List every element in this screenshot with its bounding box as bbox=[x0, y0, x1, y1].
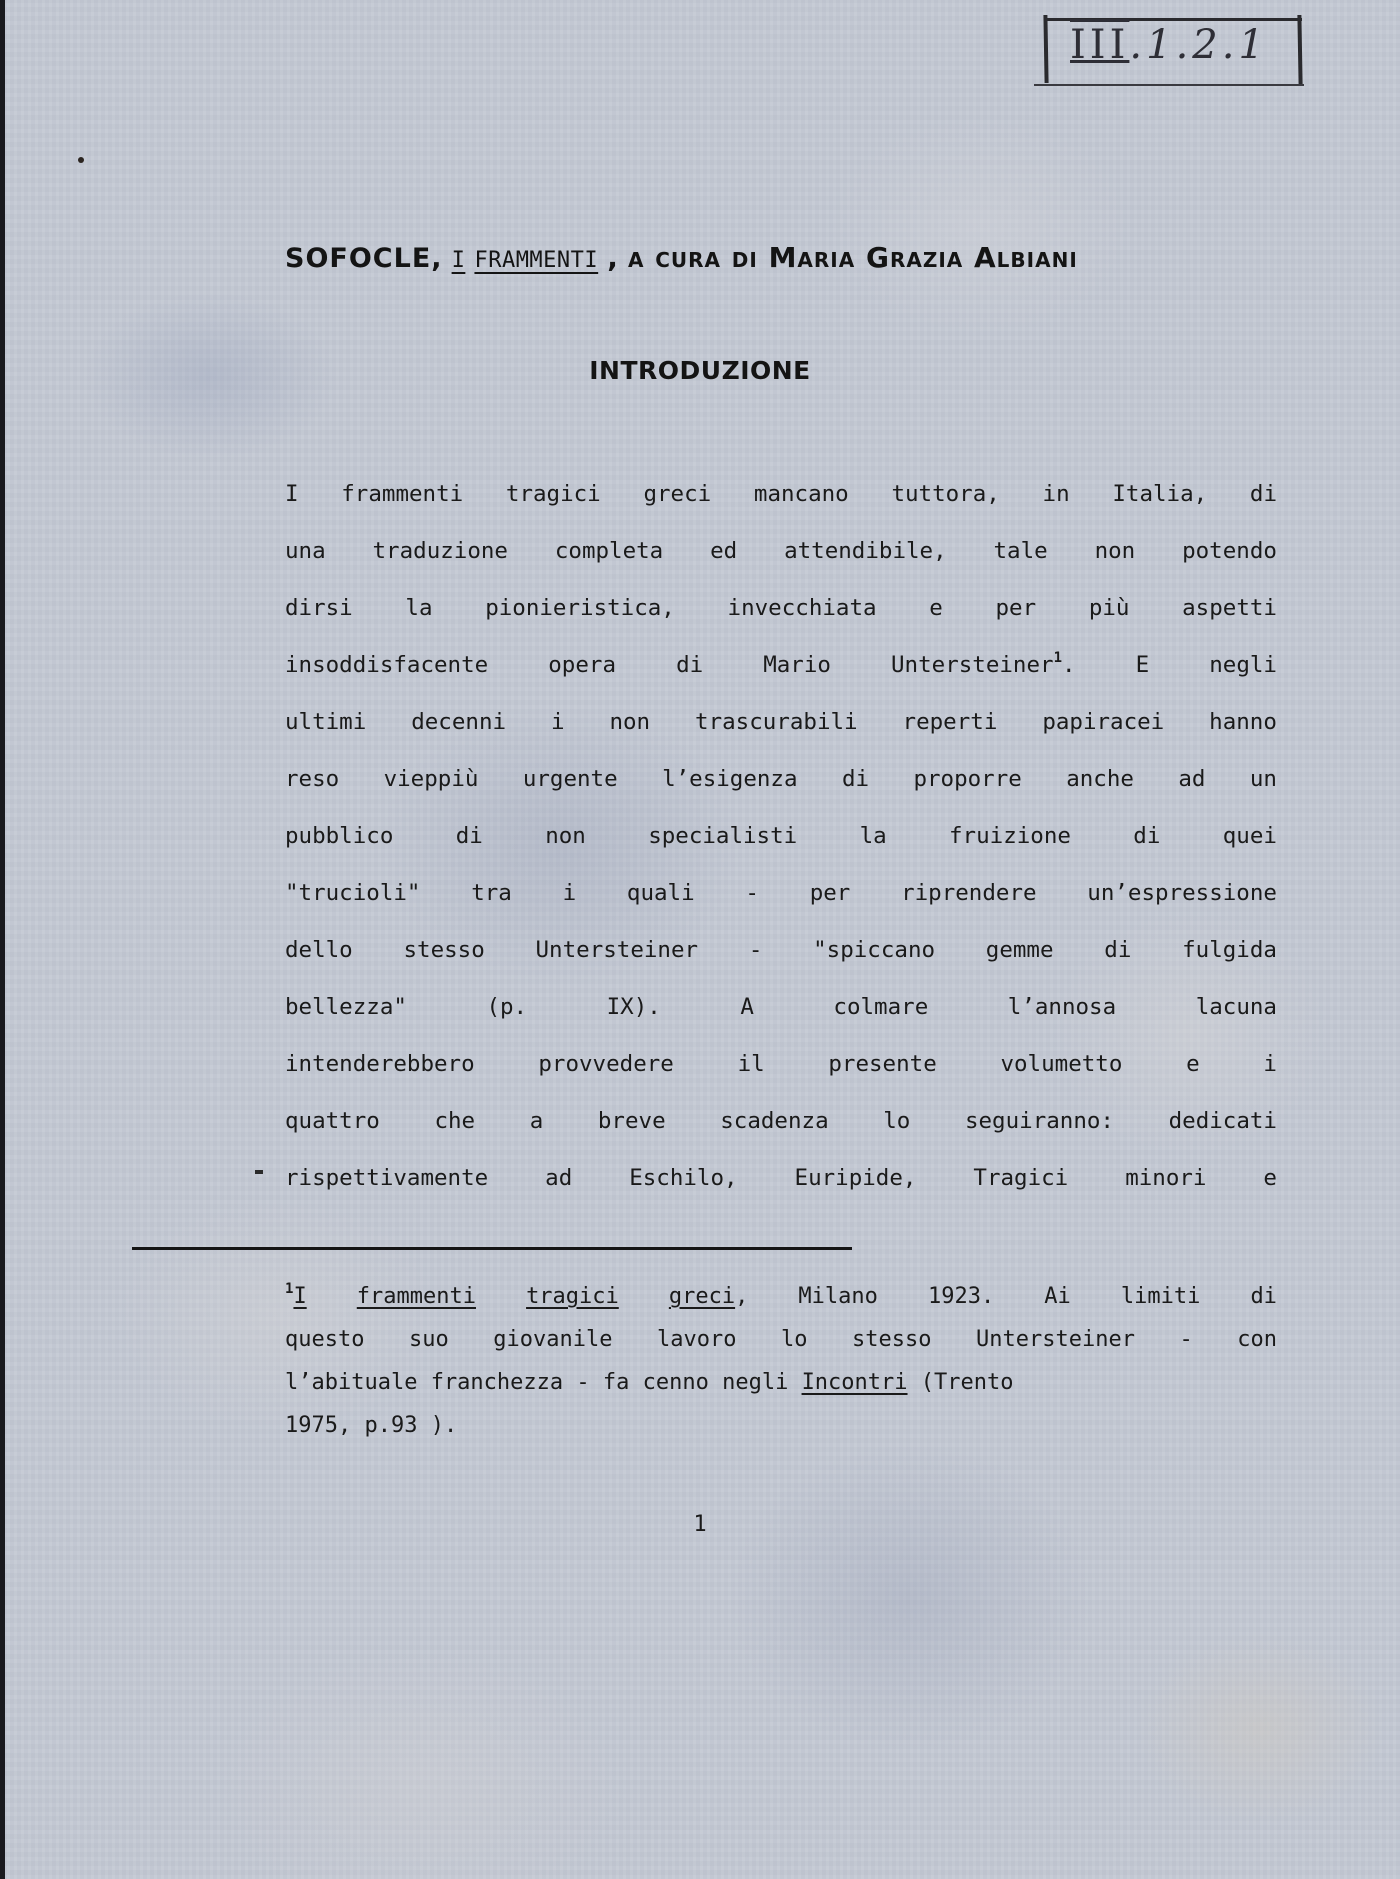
word: i bbox=[563, 865, 577, 922]
word: decenni bbox=[411, 694, 506, 751]
shelfmark-number: .1.2.1 bbox=[1129, 22, 1268, 68]
footnote-rule bbox=[132, 1247, 852, 1250]
cited-title-incontri: Incontri bbox=[802, 1370, 908, 1395]
word: ad bbox=[1178, 751, 1205, 808]
word: stesso bbox=[403, 922, 484, 979]
footnote-line: 1Iframmentitragicigreci,Milano1923.Ailim… bbox=[285, 1275, 1277, 1318]
word: Untersteiner1. bbox=[891, 637, 1076, 694]
word: il bbox=[738, 1036, 765, 1093]
word: insoddisfacente bbox=[285, 637, 488, 694]
word: completa bbox=[555, 523, 663, 580]
word: di bbox=[676, 637, 703, 694]
word: "trucioli" bbox=[285, 865, 420, 922]
word: i bbox=[1263, 1036, 1277, 1093]
word: aspetti bbox=[1182, 580, 1277, 637]
margin-mark bbox=[255, 1170, 263, 1174]
page-number: 1 bbox=[0, 1512, 1400, 1537]
word: di bbox=[1250, 466, 1277, 523]
word: ad bbox=[545, 1150, 572, 1207]
word: Eschilo, bbox=[629, 1150, 737, 1207]
body-line: quattrocheabrevescadenzaloseguiranno:ded… bbox=[285, 1093, 1277, 1150]
word: potendo bbox=[1182, 523, 1277, 580]
word: lo bbox=[883, 1093, 910, 1150]
word: hanno bbox=[1209, 694, 1277, 751]
word: che bbox=[434, 1093, 475, 1150]
body-line: pubblicodinonspecialistilafruizionedique… bbox=[285, 808, 1277, 865]
word: tuttora, bbox=[891, 466, 999, 523]
word: papiracei bbox=[1042, 694, 1164, 751]
cited-title-word: greci, bbox=[669, 1275, 748, 1318]
word: seguiranno: bbox=[965, 1093, 1114, 1150]
word: pionieristica, bbox=[485, 580, 675, 637]
word: di bbox=[842, 751, 869, 808]
word: IX). bbox=[607, 979, 661, 1036]
word: fulgida bbox=[1182, 922, 1277, 979]
archive-shelfmark: III.1.2.1 bbox=[1070, 22, 1268, 68]
footnote: 1Iframmentitragicigreci,Milano1923.Ailim… bbox=[285, 1275, 1277, 1447]
word: specialisti bbox=[648, 808, 797, 865]
word: tale bbox=[994, 523, 1048, 580]
word: lacuna bbox=[1196, 979, 1277, 1036]
word: colmare bbox=[833, 979, 928, 1036]
word: i bbox=[551, 694, 565, 751]
word: breve bbox=[598, 1093, 666, 1150]
word: limiti bbox=[1121, 1275, 1200, 1318]
paper-spot bbox=[78, 157, 84, 163]
footnote-line: 1975, p.93 ). bbox=[285, 1404, 1277, 1447]
word: reperti bbox=[903, 694, 998, 751]
word: gemme bbox=[986, 922, 1054, 979]
word: proporre bbox=[913, 751, 1021, 808]
word: e bbox=[1263, 1150, 1277, 1207]
word: Italia, bbox=[1112, 466, 1207, 523]
word: scadenza bbox=[720, 1093, 828, 1150]
word: una bbox=[285, 523, 326, 580]
word: "spiccano bbox=[813, 922, 935, 979]
word: greci bbox=[643, 466, 711, 523]
shelfmark-underline bbox=[1034, 84, 1304, 86]
word: - bbox=[749, 922, 763, 979]
word: di bbox=[456, 808, 483, 865]
body-line: dirsilapionieristica,invecchiataeperpiùa… bbox=[285, 580, 1277, 637]
word: 1923. bbox=[928, 1275, 994, 1318]
word: di bbox=[1250, 1275, 1277, 1318]
document-title: SOFOCLE, I FRAMMENTI , a cura di Maria G… bbox=[285, 241, 1078, 274]
word: quattro bbox=[285, 1093, 380, 1150]
body-line: ultimidecenniinontrascurabilirepertipapi… bbox=[285, 694, 1277, 751]
word: tragici bbox=[506, 466, 601, 523]
word: quali bbox=[627, 865, 695, 922]
word: e bbox=[929, 580, 943, 637]
word: fruizione bbox=[949, 808, 1071, 865]
word: l’annosa bbox=[1008, 979, 1116, 1036]
body-line: insoddisfacenteoperadiMarioUntersteiner1… bbox=[285, 637, 1277, 694]
body-line: intenderebberoprovvedereilpresentevolume… bbox=[285, 1036, 1277, 1093]
word: ultimi bbox=[285, 694, 366, 751]
word: volumetto bbox=[1000, 1036, 1122, 1093]
word: opera bbox=[548, 637, 616, 694]
word: - bbox=[745, 865, 759, 922]
word: più bbox=[1089, 580, 1130, 637]
word: vieppiù bbox=[384, 751, 479, 808]
word: (p. bbox=[486, 979, 527, 1036]
word: intenderebbero bbox=[285, 1036, 475, 1093]
word: a bbox=[530, 1093, 544, 1150]
cited-title-word: tragici bbox=[526, 1275, 619, 1318]
title-author: SOFOCLE, bbox=[285, 243, 443, 274]
word: di bbox=[1133, 808, 1160, 865]
word: rispettivamente bbox=[285, 1150, 488, 1207]
word: per bbox=[995, 580, 1036, 637]
body-line: bellezza"(p.IX).Acolmarel’annosalacuna bbox=[285, 979, 1277, 1036]
word: Milano bbox=[798, 1275, 877, 1318]
word: invecchiata bbox=[728, 580, 877, 637]
footnote-line: l’abituale franchezza - fa cenno negli I… bbox=[285, 1361, 1277, 1404]
word: bellezza" bbox=[285, 979, 407, 1036]
word: Mario bbox=[763, 637, 831, 694]
title-editor: a cura di Maria Grazia Albiani bbox=[628, 241, 1078, 274]
body-line: rispettivamenteadEschilo,Euripide,Tragic… bbox=[285, 1150, 1277, 1207]
word: per bbox=[810, 865, 851, 922]
section-heading: INTRODUZIONE bbox=[0, 356, 1400, 385]
word: reso bbox=[285, 751, 339, 808]
word: attendibile, bbox=[784, 523, 947, 580]
word: presente bbox=[828, 1036, 936, 1093]
word: Tragici bbox=[973, 1150, 1068, 1207]
word: un’espressione bbox=[1087, 865, 1277, 922]
footnote-reference[interactable]: 1 bbox=[1054, 650, 1062, 666]
word: frammenti bbox=[341, 466, 463, 523]
word: Untersteiner bbox=[536, 922, 699, 979]
word: quei bbox=[1223, 808, 1277, 865]
word: un bbox=[1250, 751, 1277, 808]
word: Euripide, bbox=[795, 1150, 917, 1207]
word: dello bbox=[285, 922, 353, 979]
word: mancano bbox=[754, 466, 849, 523]
word: in bbox=[1043, 466, 1070, 523]
word: Ai bbox=[1044, 1275, 1071, 1318]
word: non bbox=[545, 808, 586, 865]
title-work-article: I bbox=[452, 248, 466, 273]
word: tra bbox=[471, 865, 512, 922]
word: A bbox=[740, 979, 754, 1036]
body-line: dellostessoUntersteiner-"spiccanogemmedi… bbox=[285, 922, 1277, 979]
body-line: resovieppiùurgentel’esigenzadiproporrean… bbox=[285, 751, 1277, 808]
word: minori bbox=[1125, 1150, 1206, 1207]
scan-edge bbox=[0, 0, 5, 1879]
word: dirsi bbox=[285, 580, 353, 637]
word: urgente bbox=[523, 751, 618, 808]
word: e bbox=[1186, 1036, 1200, 1093]
word: non bbox=[1095, 523, 1136, 580]
cited-title: 1I bbox=[285, 1275, 307, 1318]
word: anche bbox=[1066, 751, 1134, 808]
word: traduzione bbox=[373, 523, 508, 580]
word: pubblico bbox=[285, 808, 393, 865]
word: la bbox=[405, 580, 432, 637]
word: di bbox=[1104, 922, 1131, 979]
word: l’esigenza bbox=[662, 751, 797, 808]
cited-title-word: frammenti bbox=[357, 1275, 476, 1318]
word: ed bbox=[710, 523, 737, 580]
body-line: Iframmentitragicigrecimancanotuttora,inI… bbox=[285, 466, 1277, 523]
word: I bbox=[285, 466, 299, 523]
shelfmark-roman: III bbox=[1070, 22, 1129, 68]
word: la bbox=[860, 808, 887, 865]
word: dedicati bbox=[1169, 1093, 1277, 1150]
body-line: "trucioli"traiquali-perriprendereun’espr… bbox=[285, 865, 1277, 922]
title-work-name: FRAMMENTI bbox=[474, 248, 598, 273]
footnote-line: questo suo giovanile lavoro lo stesso Un… bbox=[285, 1318, 1277, 1361]
word: E bbox=[1136, 637, 1150, 694]
body-line: unatraduzionecompletaedattendibile,talen… bbox=[285, 523, 1277, 580]
title-separator: , bbox=[607, 241, 619, 274]
word: provvedere bbox=[538, 1036, 673, 1093]
body-paragraph: Iframmentitragicigrecimancanotuttora,inI… bbox=[285, 466, 1277, 1207]
word: trascurabili bbox=[695, 694, 858, 751]
word: non bbox=[609, 694, 650, 751]
word: riprendere bbox=[901, 865, 1036, 922]
word: negli bbox=[1209, 637, 1277, 694]
